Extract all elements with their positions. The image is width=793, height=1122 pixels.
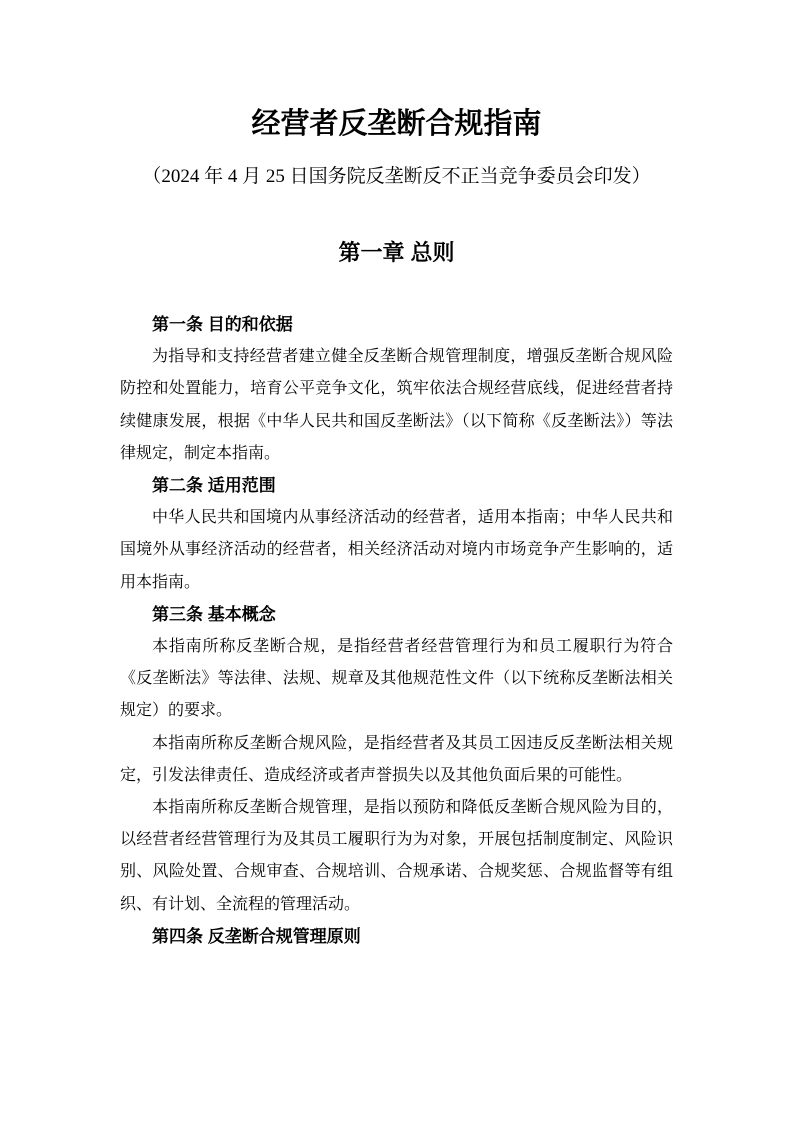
article-heading-3: 第三条 基本概念 xyxy=(120,599,673,631)
article-paragraph: 中华人民共和国境内从事经济活动的经营者，适用本指南；中华人民共和国境外从事经济活… xyxy=(120,502,673,599)
chapter-heading: 第一章 总则 xyxy=(120,238,673,268)
document-subtitle: （2024 年 4 月 25 日国务院反垄断反不正当竞争委员会印发） xyxy=(120,164,673,190)
document-body: 第一条 目的和依据 为指导和支持经营者建立健全反垄断合规管理制度，增强反垄断合规… xyxy=(120,309,673,953)
document-page: 经营者反垄断合规指南 （2024 年 4 月 25 日国务院反垄断反不正当竞争委… xyxy=(0,0,793,1122)
article-heading-1: 第一条 目的和依据 xyxy=(120,309,673,341)
article-paragraph: 本指南所称反垄断合规风险，是指经营者及其员工因违反反垄断法相关规定，引发法律责任… xyxy=(120,728,673,792)
document-title: 经营者反垄断合规指南 xyxy=(120,104,673,144)
article-paragraph: 本指南所称反垄断合规，是指经营者经营管理行为和员工履职行为符合《反垄断法》等法律… xyxy=(120,631,673,728)
article-paragraph: 本指南所称反垄断合规管理，是指以预防和降低反垄断合规风险为目的，以经营者经营管理… xyxy=(120,792,673,921)
article-heading-2: 第二条 适用范围 xyxy=(120,470,673,502)
article-heading-4: 第四条 反垄断合规管理原则 xyxy=(120,921,673,953)
article-paragraph: 为指导和支持经营者建立健全反垄断合规管理制度，增强反垄断合规风险防控和处置能力，… xyxy=(120,341,673,470)
